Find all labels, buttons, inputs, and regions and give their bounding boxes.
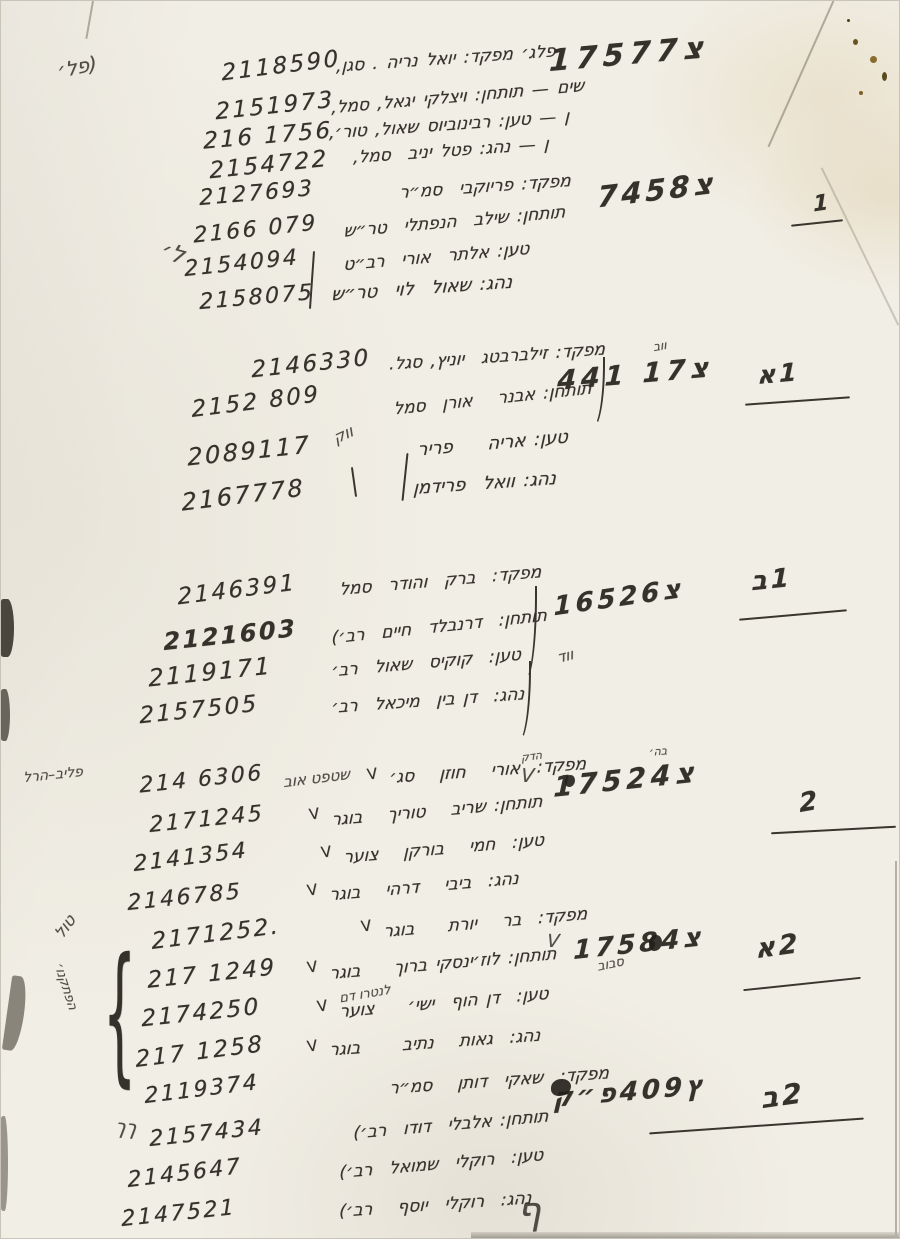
crew-line: פלג׳ מפקד: יואל נריה . סגן, bbox=[336, 41, 556, 76]
service-number: 2146391 bbox=[177, 570, 297, 611]
service-number: 2171245 bbox=[149, 801, 265, 838]
checkmark: V bbox=[306, 957, 319, 976]
service-number: 2119374 bbox=[144, 1070, 260, 1109]
service-number: 217 1249 bbox=[147, 954, 277, 994]
marker-underline bbox=[791, 219, 843, 226]
crew-line: טען: חמי בורקן צוער bbox=[343, 830, 544, 868]
service-number: 2174250 bbox=[141, 994, 261, 1033]
margin-note: פליב–הרל bbox=[23, 764, 83, 786]
crew-line: תותחן: אבנר אורן סמל bbox=[393, 379, 591, 420]
crew-line: מפקד: פריוקבי סמ״ר bbox=[399, 171, 572, 203]
crease-mark bbox=[821, 167, 900, 325]
margin-note: בה׳ bbox=[649, 744, 667, 759]
service-number: 2157505 bbox=[139, 691, 259, 730]
crew-line: נהג: שאול לוי טר״ש bbox=[331, 272, 513, 306]
margin-note: טול bbox=[51, 911, 79, 943]
service-number: 2145647 bbox=[127, 1154, 243, 1193]
crew-line: מפקד: ברק והודר סמל bbox=[339, 562, 542, 600]
tank-number: צ17584 bbox=[573, 922, 705, 966]
margin-note: ווב bbox=[652, 338, 667, 354]
crew-line: טען: אריה פריר bbox=[417, 426, 568, 460]
crease-mark bbox=[85, 0, 94, 39]
crew-line: תותחן: דרנבלד חיים רב׳) bbox=[331, 606, 547, 649]
crew-line: נהג: דן בין מיכאל רב׳ bbox=[331, 684, 525, 718]
checkmark: V bbox=[306, 1036, 319, 1055]
section-marker: 2 bbox=[798, 785, 822, 819]
checkmark: V bbox=[316, 996, 329, 1015]
checkmark: V bbox=[366, 764, 379, 783]
margin-note: שטפט אוב bbox=[283, 765, 350, 791]
right-edge-line bbox=[895, 861, 897, 1239]
crew-line: נהג: ביבי דרהי בוגר bbox=[329, 869, 519, 906]
margin-note: ךך bbox=[113, 1114, 139, 1140]
section-marker: 1ב bbox=[751, 563, 793, 598]
checkmark: V bbox=[308, 804, 321, 823]
stain-speck bbox=[859, 91, 863, 95]
section-marker: 2ב bbox=[761, 1076, 806, 1115]
service-number: 2158075 bbox=[199, 280, 314, 315]
margin-note: ווק bbox=[331, 421, 356, 447]
checkmark: V bbox=[360, 916, 373, 935]
service-number: 217 1258 bbox=[135, 1031, 265, 1073]
crew-line: תותחן: אלבלי דודו רב׳) bbox=[353, 1106, 549, 1143]
paper-edge-shadow bbox=[1, 1116, 8, 1211]
paper-edge-shadow bbox=[1, 599, 14, 657]
service-number: 2147521 bbox=[121, 1195, 237, 1232]
stain-speck bbox=[870, 56, 877, 63]
section-marker: 2א bbox=[755, 928, 802, 966]
crew-line: תותחן: שילב הנפתלי טר״ש bbox=[343, 202, 565, 242]
tank-number: צ17577 bbox=[548, 30, 709, 79]
crew-line: נהג: רוקלי יוסף רב׳) bbox=[339, 1188, 532, 1222]
paper-edge-shadow bbox=[2, 975, 29, 1052]
crew-line: נהג: גאות נתיב בוגר bbox=[329, 1026, 541, 1061]
crew-line: נהג: וואל פרידמן bbox=[413, 468, 557, 499]
service-number: 2171252. bbox=[151, 913, 281, 955]
marker-underline bbox=[649, 1118, 864, 1135]
stain-speck bbox=[853, 39, 858, 45]
service-number: 214 6306 bbox=[139, 760, 264, 798]
section-marker: 1א bbox=[757, 357, 801, 390]
tank-number: צ16526 bbox=[554, 574, 684, 623]
service-number: 2154094 bbox=[184, 245, 300, 282]
ink-stroke bbox=[401, 453, 408, 501]
crew-line: טען: רוקלי שמואל רב׳) bbox=[339, 1145, 544, 1183]
stain-speck bbox=[882, 72, 887, 81]
crew-line: תותחן: לוז׳ינסקי ברוך בוגר bbox=[329, 944, 557, 984]
service-number: 2167778 bbox=[181, 473, 306, 516]
service-number: 2152 809 bbox=[191, 381, 321, 423]
marker-underline bbox=[739, 609, 847, 620]
service-number: 2157434 bbox=[149, 1115, 265, 1152]
crew-line: תותחן: שריב טוריך בוגר bbox=[331, 792, 543, 831]
margin-note: ווד bbox=[556, 645, 575, 667]
stain-speck bbox=[847, 19, 850, 22]
crease-mark bbox=[768, 0, 837, 147]
marker-underline bbox=[743, 977, 861, 991]
scanned-handwritten-roster-page: צ17577(פל׳2118590פלג׳ מפקד: יואל נריה . … bbox=[0, 0, 900, 1239]
tank-number: צ7458 bbox=[597, 166, 716, 215]
left-brace: { bbox=[103, 929, 136, 1103]
service-number: 2089117 bbox=[187, 430, 312, 471]
service-number: 2146785 bbox=[127, 879, 243, 916]
ink-stroke bbox=[351, 467, 357, 497]
marker-underline bbox=[745, 396, 850, 405]
service-number: 2146330 bbox=[251, 345, 371, 384]
service-number: 2121603 bbox=[163, 614, 298, 656]
crew-line: טען: קוקיס שאול רב׳ bbox=[331, 645, 521, 682]
crew-line: טען: אלתר אורי רב״ט bbox=[343, 239, 530, 275]
margin-note: (פל׳ bbox=[56, 51, 98, 83]
paper-edge-shadow bbox=[1, 689, 10, 741]
service-number: 2119171 bbox=[148, 651, 273, 692]
bottom-scan-shadow bbox=[471, 1232, 900, 1239]
section-marker: 1 bbox=[813, 190, 833, 218]
margin-note: הפתקנו׳ bbox=[50, 962, 80, 1012]
checkmark: V bbox=[306, 880, 319, 899]
service-number: 2118590 bbox=[221, 46, 341, 87]
service-number: 2141354 bbox=[133, 838, 249, 877]
service-number: 2166 079 bbox=[193, 210, 318, 248]
marker-underline bbox=[771, 826, 896, 835]
checkmark: V bbox=[320, 842, 333, 861]
